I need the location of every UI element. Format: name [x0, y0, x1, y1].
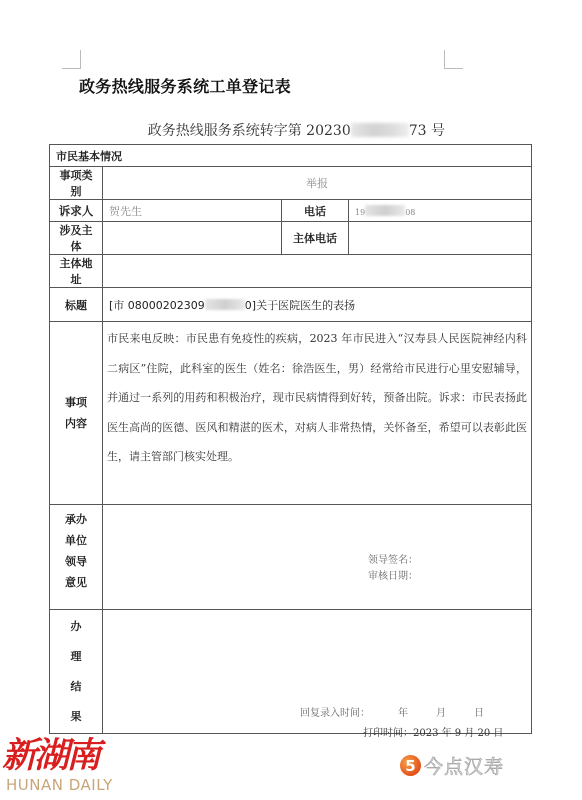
redacted-block: [205, 299, 245, 310]
hunan-daily-logo: 新湖南 HUNAN DAILY: [2, 738, 113, 794]
reply-day: 日: [474, 708, 484, 719]
content-label-line-1: 事项: [56, 392, 96, 413]
content-label-line-2: 内容: [56, 413, 96, 434]
print-time: 打印时间：2023 年 9 月 20 日: [363, 724, 503, 739]
reference-number: 政务热线服务系统转字第 2023073 号: [148, 120, 445, 140]
content-row: 事项 内容 市民来电反映：市民患有免疫性的疾病，2023 年市民进入“汉寿县人民…: [50, 322, 532, 505]
jindian-logo-text: 今点汉寿: [424, 752, 504, 779]
complainant-label: 诉求人: [50, 200, 103, 222]
redacted-block: [365, 205, 405, 216]
opinion-label-line: 领导: [56, 551, 96, 572]
complainant-row: 诉求人 贺先生 电话 1908: [50, 200, 532, 222]
result-label-line: 结: [56, 672, 96, 702]
section-header: 市民基本情况: [50, 145, 532, 167]
document-title: 政务热线服务系统工单登记表: [79, 74, 291, 97]
title-value: [市 080002023090]关于医院医生的表扬: [103, 288, 532, 322]
phone-value-start: 19: [355, 208, 365, 217]
review-date-label: 审核日期：: [368, 569, 418, 585]
redacted-block: [351, 123, 409, 137]
category-label: 事项类别: [50, 167, 103, 200]
subject-row: 涉及主体 主体电话: [50, 222, 532, 255]
subject-label: 涉及主体: [50, 222, 103, 255]
reply-time-block: 回复录入时间：年月日: [300, 704, 484, 719]
jindian-hanshou-logo: 5 今点汉寿: [400, 752, 504, 779]
address-row: 主体地址: [50, 255, 532, 288]
opinion-row: 承办 单位 领导 意见 领导签名： 审核日期：: [50, 505, 532, 610]
subject-phone-label: 主体电话: [282, 222, 349, 255]
opinion-label-line: 意见: [56, 572, 96, 593]
page-corner-mark-right: [444, 50, 463, 69]
result-row: 办 理 结 果 回复录入时间：年月日: [50, 610, 532, 734]
reply-year: 年: [398, 708, 408, 719]
result-label-line: 办: [56, 612, 96, 642]
title-suffix: 0]关于医院医生的表扬: [245, 299, 355, 312]
signature-block: 领导签名： 审核日期：: [368, 553, 418, 585]
hunan-daily-logo-en: HUNAN DAILY: [6, 776, 113, 794]
reference-prefix: 政务热线服务系统转字第 20230: [148, 123, 351, 139]
result-label-line: 果: [56, 702, 96, 732]
title-row: 标题 [市 080002023090]关于医院医生的表扬: [50, 288, 532, 322]
title-prefix: [市 08000202309: [109, 299, 205, 312]
page-corner-mark-left: [62, 50, 81, 69]
phone-value: 1908: [349, 200, 532, 222]
work-order-table: 市民基本情况 事项类别 举报 诉求人 贺先生 电话 1908 涉及主体 主体电话…: [49, 144, 532, 734]
jindian-logo-icon: 5: [400, 755, 421, 776]
result-label-line: 理: [56, 642, 96, 672]
reference-suffix: 73 号: [409, 123, 445, 139]
opinion-label-line: 承办: [56, 509, 96, 530]
opinion-label-line: 单位: [56, 530, 96, 551]
complainant-value: 贺先生: [103, 200, 282, 222]
section-header-row: 市民基本情况: [50, 145, 532, 167]
reply-month: 月: [436, 708, 446, 719]
opinion-label: 承办 单位 领导 意见: [50, 505, 103, 610]
title-label: 标题: [50, 288, 103, 322]
subject-phone-value: [349, 222, 532, 255]
phone-label: 电话: [282, 200, 349, 222]
phone-value-end: 08: [405, 208, 415, 217]
leader-sign-label: 领导签名：: [368, 553, 418, 569]
hunan-daily-logo-cn: 新湖南: [2, 738, 113, 774]
reply-time-label: 回复录入时间：: [300, 708, 370, 719]
opinion-value: 领导签名： 审核日期：: [103, 505, 532, 610]
result-value: 回复录入时间：年月日: [103, 610, 532, 734]
subject-address-label: 主体地址: [50, 255, 103, 288]
category-row: 事项类别 举报: [50, 167, 532, 200]
result-label: 办 理 结 果: [50, 610, 103, 734]
content-value: 市民来电反映：市民患有免疫性的疾病，2023 年市民进入“汉寿县人民医院神经内科…: [103, 322, 532, 505]
content-label: 事项 内容: [50, 322, 103, 505]
subject-address-value: [103, 255, 532, 288]
category-value: 举报: [103, 167, 532, 200]
subject-value: [103, 222, 282, 255]
